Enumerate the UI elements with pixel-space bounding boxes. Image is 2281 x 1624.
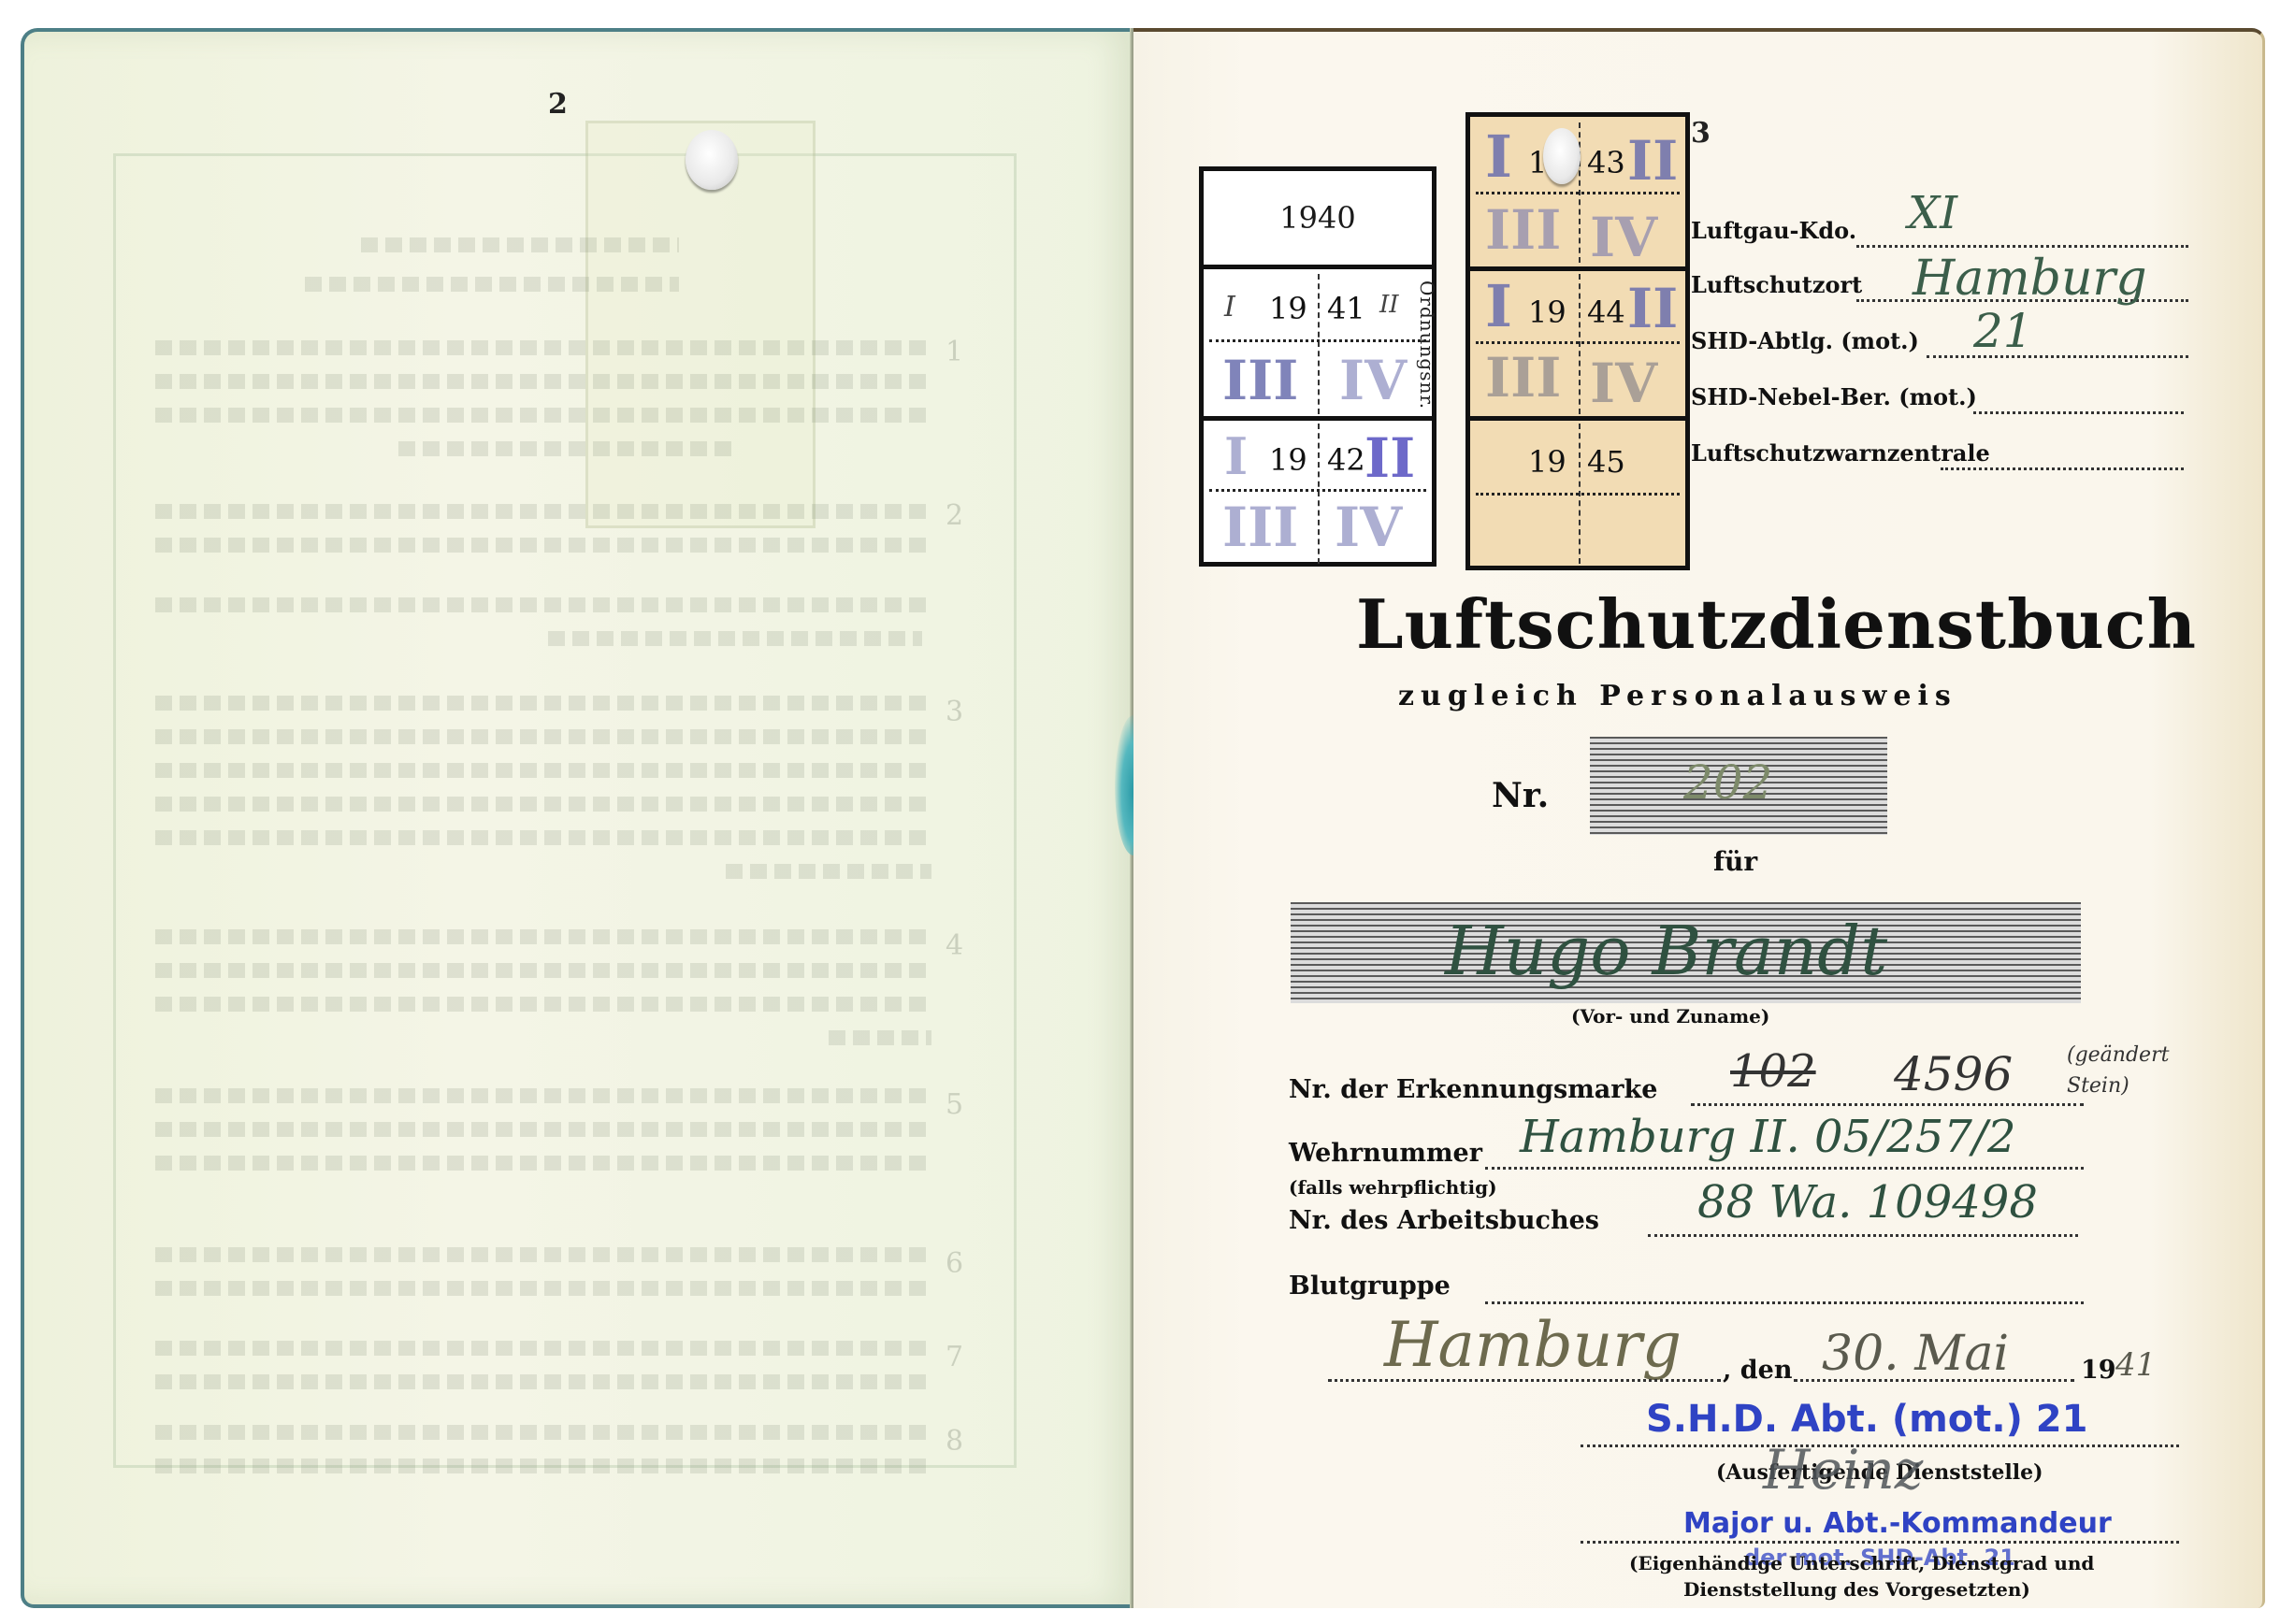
- nr-value[interactable]: 202: [1683, 755, 1772, 810]
- quarter-stamp-III: III: [1485, 351, 1561, 405]
- field-line-arbeitsbuch[interactable]: [1648, 1234, 2078, 1237]
- year-prefix: 19: [2081, 1356, 2116, 1385]
- vertical-label: Ordnungsnr.: [1416, 280, 1438, 410]
- quarter-stamp-IV: IV: [1590, 210, 1657, 265]
- divider: [1579, 274, 1581, 414]
- faded-text-line: [548, 631, 922, 646]
- faded-paragraph-number: 5: [946, 1088, 963, 1121]
- divider: [1476, 341, 1680, 344]
- faded-text-line: [155, 1281, 931, 1296]
- year-part: 19: [1269, 291, 1307, 326]
- field-label-warnzentrale: Luftschutzwarnzentrale: [1691, 439, 1990, 467]
- quarter-stamp-II: II: [1364, 431, 1415, 485]
- field-label-arbeitsbuch: Nr. des Arbeitsbuches: [1289, 1206, 1599, 1235]
- faded-text-line: [361, 237, 679, 252]
- field-line-luftgau[interactable]: [1856, 245, 2188, 248]
- faded-paragraph-number: 4: [946, 929, 963, 962]
- faded-text-line: [155, 1156, 931, 1171]
- faded-text-line: [155, 830, 931, 845]
- faded-text-line: [155, 1122, 931, 1137]
- field-line-erkennungsmarke[interactable]: [1691, 1103, 2084, 1106]
- left-page: 2 1 2 3 4 5 6 7: [21, 28, 1133, 1608]
- faded-text-line: [155, 538, 931, 553]
- field-label-erkennungsmarke: Nr. der Erkennungsmarke: [1289, 1075, 1657, 1104]
- faded-text-line: [155, 1088, 931, 1103]
- signature-line[interactable]: [1581, 1541, 2179, 1544]
- year-part: 19: [1269, 442, 1307, 478]
- field-label-luftschutzort: Luftschutzort: [1691, 271, 1862, 298]
- year-suffix: 41: [2115, 1346, 2156, 1384]
- date-value: 30. Mai: [1822, 1326, 2009, 1382]
- faded-text-line: [155, 763, 931, 778]
- name-value[interactable]: Hugo Brandt: [1445, 912, 1887, 990]
- field-label-wehrnummer: Wehrnummer: [1289, 1139, 1482, 1168]
- den-label: , den: [1723, 1356, 1793, 1385]
- quarter-stamp-II: II: [1627, 134, 1678, 188]
- field-line-shd-nebel[interactable]: [1973, 411, 2184, 414]
- divider: [1318, 424, 1320, 564]
- name-caption: (Vor- und Zuname): [1571, 1005, 1769, 1028]
- field-note-erkennungsmarke: (geändert Stein): [2067, 1040, 2226, 1101]
- faded-text-line: [155, 340, 931, 355]
- year-1940: 1940: [1204, 171, 1432, 265]
- field-value-luftschutzort: Hamburg: [1913, 251, 2147, 307]
- quarter-stamp-IV: IV: [1335, 500, 1402, 554]
- faded-text-line: [155, 1341, 931, 1356]
- quarter-stamp-II: II: [1627, 281, 1678, 336]
- field-value-wehrnummer: Hamburg II. 05/257/2: [1520, 1111, 2016, 1163]
- quarter-stamp-III: III: [1222, 353, 1298, 408]
- divider: [1476, 493, 1680, 496]
- place-line[interactable]: [1328, 1379, 1721, 1382]
- page-number-left: 2: [548, 88, 568, 121]
- field-line-blutgruppe[interactable]: [1485, 1301, 2084, 1304]
- quarter-stamp-I: I: [1485, 278, 1512, 336]
- faded-text-line: [726, 864, 931, 879]
- faded-text-line: [155, 1425, 931, 1440]
- faded-text-line: [155, 597, 931, 612]
- faded-paragraph-number: 3: [946, 696, 963, 728]
- divider: [1318, 274, 1320, 414]
- quarter-stamp-III: III: [1485, 203, 1561, 257]
- faded-text-line: [155, 963, 931, 978]
- divider: [1470, 266, 1685, 271]
- quarter-stamp-IV: IV: [1339, 353, 1407, 408]
- quarter-stamp-IV: IV: [1590, 356, 1657, 410]
- field-label-luftgau: Luftgau-Kdo.: [1691, 217, 1856, 244]
- faded-text-line: [155, 696, 931, 711]
- divider: [1204, 416, 1432, 421]
- field-value-luftgau: XI: [1908, 187, 1957, 239]
- signature: Heinz: [1763, 1438, 1923, 1502]
- faded-text-line: [829, 1030, 931, 1045]
- year-part: 43: [1587, 145, 1625, 180]
- quarter-mark-II: II: [1379, 291, 1399, 319]
- field-line-shd-abtlg[interactable]: [1927, 355, 2188, 358]
- faded-text-line: [155, 374, 931, 389]
- year-part: 44: [1587, 295, 1625, 330]
- year-part: 45: [1587, 444, 1625, 480]
- punch-hole-right: [1543, 128, 1581, 184]
- field-value-arbeitsbuch: 88 Wa. 109498: [1697, 1176, 2038, 1229]
- faded-text-line: [305, 277, 679, 292]
- fuer-label: für: [1713, 846, 1757, 877]
- nr-label: Nr.: [1492, 776, 1549, 815]
- quarter-stamp-III: III: [1222, 500, 1298, 554]
- divider: [1470, 416, 1685, 421]
- quarter-mark-I: I: [1224, 291, 1235, 323]
- year-part: 19: [1528, 444, 1566, 480]
- divider: [1204, 265, 1432, 269]
- issuing-office-stamp: S.H.D. Abt. (mot.) 21: [1646, 1398, 2087, 1441]
- faded-text-line: [155, 1459, 931, 1473]
- signature-caption-line2: Dienststellung des Vorgesetzten): [1683, 1578, 2030, 1601]
- stamp-table-tan: I 1 43 II III IV I 19 44 II III IV 19 45: [1465, 112, 1690, 570]
- faded-text-line: [155, 408, 931, 423]
- faded-text-line: [155, 929, 931, 944]
- faded-text-line: [398, 441, 735, 456]
- page-number-right: 3: [1691, 117, 1711, 150]
- faded-paragraph-number: 7: [946, 1341, 963, 1373]
- year-part: 19: [1528, 295, 1566, 330]
- document-title: Luftschutzdienstbuch: [1356, 584, 2197, 664]
- faded-text-line: [155, 729, 931, 744]
- faded-text-line: [155, 504, 931, 519]
- document-subtitle: zugleich Personalausweis: [1398, 680, 1957, 712]
- field-line-warnzentrale[interactable]: [1941, 467, 2184, 470]
- field-value-erkennungsmarke-old: 102: [1730, 1045, 1816, 1098]
- field-label-blutgruppe: Blutgruppe: [1289, 1272, 1451, 1301]
- field-sublabel-wehrnummer: (falls wehrpflichtig): [1289, 1176, 1497, 1199]
- rank-stamp-line1: Major u. Abt.-Kommandeur: [1683, 1507, 2112, 1540]
- quarter-stamp-I: I: [1485, 128, 1512, 186]
- field-value-erkennungsmarke: 4596: [1894, 1047, 2013, 1101]
- faded-paragraph-number: 8: [946, 1425, 963, 1458]
- punch-hole-left: [686, 130, 738, 190]
- place-value: Hamburg: [1384, 1309, 1682, 1381]
- field-label-shd-abtlg: SHD-Abtlg. (mot.): [1691, 327, 1919, 354]
- divider: [1209, 339, 1426, 342]
- faded-paragraph-number: 1: [946, 336, 963, 368]
- faded-text-line: [155, 1374, 931, 1389]
- quarter-stamp-I: I: [1224, 431, 1248, 481]
- field-label-shd-nebel: SHD-Nebel-Ber. (mot.): [1691, 383, 1977, 410]
- faded-paragraph-number: 2: [946, 499, 963, 532]
- signature-caption-line1: (Eigenhändige Unterschrift, Dienstgrad u…: [1629, 1552, 2094, 1574]
- year-part: 41: [1327, 291, 1365, 326]
- stamp-row-1940: 1940: [1204, 171, 1432, 265]
- faded-text-line: [155, 997, 931, 1012]
- faded-text-line: [155, 797, 931, 812]
- year-part: 42: [1327, 442, 1365, 478]
- stamp-table-white: 1940 19 41 I II III IV I 19 42 II III IV: [1199, 166, 1436, 567]
- field-value-shd-abtlg: 21: [1973, 304, 2033, 358]
- faded-paragraph-number: 6: [946, 1247, 963, 1280]
- field-line-wehrnummer[interactable]: [1485, 1167, 2084, 1170]
- faded-text-line: [155, 1247, 931, 1262]
